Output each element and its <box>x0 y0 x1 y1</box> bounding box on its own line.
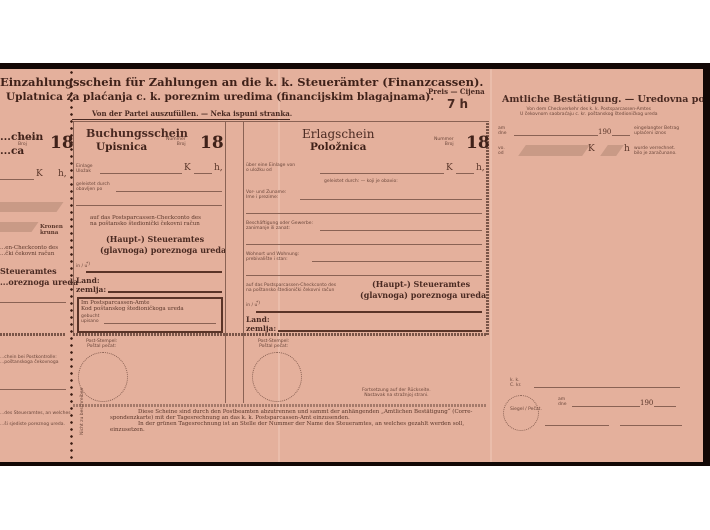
receipt-office-de: (Haupt-) Steueramtes <box>372 279 470 289</box>
booking-paid-by-input[interactable] <box>116 191 222 192</box>
confirm-year2: 190 <box>640 400 653 406</box>
confirmation-title: Amtliche Bestätigung. — Uredovna potvrda… <box>502 94 703 105</box>
receipt-place-input[interactable] <box>256 311 482 313</box>
booking-land-input[interactable] <box>108 291 222 293</box>
postal-office-label: Im Postsparcassen-AmteKod poštanskog šte… <box>81 300 184 312</box>
confirm-year2-input[interactable] <box>654 406 676 407</box>
booked-input[interactable] <box>104 323 216 324</box>
booking-currency-h: h, <box>214 163 223 173</box>
receipt-heller-input[interactable] <box>456 173 474 174</box>
confirm-heller-field[interactable] <box>600 145 624 156</box>
footer-line-3: In der grünen Tagesrechnung ist an Stell… <box>110 421 472 427</box>
receipt-account-text: auf das Postsparcassen-Checkconto desna … <box>246 283 336 293</box>
receipt-deposit-label: über eine Einlage vono uložku od <box>246 163 295 173</box>
receipt-asterisk: *) <box>256 301 260 306</box>
confirm-signature-input-2[interactable] <box>620 425 682 426</box>
receipt-postmark-circle <box>252 352 302 402</box>
confirm-office-input[interactable] <box>534 387 680 388</box>
fold-line-right <box>490 69 492 462</box>
stub-currency-h: h, <box>58 169 67 179</box>
header-underline <box>72 119 290 120</box>
stub-note-2: ...des Steueramtes, an welches <box>0 411 71 416</box>
receipt-name-label: Vor- und Zuname:Ime i prezime: <box>246 190 286 200</box>
stub-office-de: Steueramtes <box>0 266 57 276</box>
stub-currency-k: K <box>36 169 43 179</box>
receipt-title-de: Erlagschein <box>302 127 374 141</box>
confirm-credit-label: wurde verrechnet.bilo je zaračunano. <box>634 146 677 156</box>
footer-instructions: Diese Scheine sind durch den Postbeamten… <box>110 409 472 433</box>
booking-postmark-circle <box>78 352 128 402</box>
confirm-kronen-field[interactable] <box>518 145 590 156</box>
booking-stamp-label: Post-Stempel:Poštal pečat: <box>86 339 117 349</box>
receipt-residence-label: Wohnort und Wohnung:prebivalište i stan: <box>246 252 299 262</box>
booking-asterisk: *) <box>86 262 90 267</box>
confirm-office-label: k. k.C. kr. <box>510 378 521 388</box>
confirm-seal-label: Siegel / Pečat. <box>510 407 542 412</box>
receipt-residence-input-2[interactable] <box>246 275 482 276</box>
confirm-year-input[interactable] <box>612 135 630 136</box>
receipt-title-hr: Položnica <box>310 141 366 153</box>
booking-paid-by-label: geleistet durchobavljen po <box>76 182 110 192</box>
receipt-left-border <box>243 121 244 403</box>
booking-office-de: (Haupt-) Steueramtes <box>106 234 204 244</box>
header-title-de: Einzahlungsschein für Zahlungen an die k… <box>0 75 483 89</box>
stub-kronen-field[interactable] <box>0 222 39 232</box>
stub-amount-line <box>0 179 34 180</box>
booking-land-label: Land:zemlja: <box>76 276 106 294</box>
receipt-name-input[interactable] <box>300 199 482 200</box>
stub-number: 18 <box>50 133 74 153</box>
confirm-date2-input[interactable] <box>572 406 640 407</box>
receipt-number: 18 <box>466 133 490 153</box>
booking-right-border <box>225 121 226 403</box>
stub-kronen-label: Kronenkruna <box>40 224 63 236</box>
stub-line-1 <box>0 302 66 303</box>
stub-note-1: ...chein bei Postkontrolle:...poštanskog… <box>0 355 59 365</box>
receipt-paid-by: geleistet durch: — koji je obavio: <box>324 179 398 184</box>
stub-account-text: ...en-Checkconto des...čki čekovni račun <box>0 245 58 257</box>
receipt-residence-input[interactable] <box>312 261 482 262</box>
stub-office-hr: ...oreznoga ureda <box>0 277 78 287</box>
confirm-from-label: vo.od <box>498 146 505 156</box>
booking-currency-k: K <box>184 163 191 173</box>
receipt-number-label: NummerBroj <box>434 137 454 147</box>
form-top-border <box>73 121 486 122</box>
booking-heller-input[interactable] <box>194 173 212 174</box>
receipt-currency-h: h, <box>476 163 485 173</box>
receipt-land-label: Land:zemlja: <box>246 315 276 333</box>
receipt-continued-note: Fortsetzung auf der Rückseite.Nastavak n… <box>362 388 431 398</box>
confirm-currency-h: h <box>624 144 630 154</box>
booking-office-hr: (glavnoga) poreznoga ureda <box>100 245 226 255</box>
receipt-occupation-input-2[interactable] <box>246 244 482 245</box>
receipt-occupation-input[interactable] <box>320 230 482 231</box>
payment-form-paper: Einzahlungsschein für Zahlungen an die k… <box>0 69 703 462</box>
stub-note-3: ...ši sjediste poreznog ureda. <box>0 422 65 427</box>
price-label: Preis — Cijena <box>428 87 485 96</box>
price-value: 7 h <box>447 97 468 111</box>
receipt-stamp-label: Post-Stempel:Poštal pečat: <box>258 339 289 349</box>
receipt-occupation-label: Beschäftigung oder Gewerbe:zanimanje ili… <box>246 221 313 231</box>
booking-number-label: NummerBroj <box>166 137 186 147</box>
booking-place-input[interactable] <box>86 271 222 273</box>
perforation-right <box>486 121 489 335</box>
booking-amount-input[interactable] <box>100 173 182 174</box>
footer-side-label: Nicht zu beschreiben <box>80 409 85 435</box>
booking-amount-label: EinlageUložak <box>76 164 93 174</box>
receipt-amount-input[interactable] <box>320 173 444 174</box>
booked-label: gebuchtupisano <box>81 314 99 324</box>
booking-number: 18 <box>200 133 224 153</box>
party-fill-note: Von der Partei auszufüllen. — Neka ispun… <box>92 109 292 118</box>
receipt-office-hr: (glavnoga) poreznoga ureda <box>360 290 486 300</box>
receipt-name-input-2[interactable] <box>246 213 482 214</box>
confirm-date-input[interactable] <box>514 135 598 136</box>
booking-left-border <box>73 121 74 335</box>
confirm-paid-amount-label: eingelangter Betraguplaćeni iznos <box>634 126 679 136</box>
form-perf-divider <box>73 333 486 336</box>
footer-line-4: einzusetzen. <box>110 427 472 433</box>
stub-line-2 <box>0 389 66 390</box>
receipt-land-input[interactable] <box>278 330 482 332</box>
stub-number-label: NummerBroj <box>18 137 38 147</box>
confirm-signature-input-1[interactable] <box>545 425 609 426</box>
receipt-currency-k: K <box>446 163 453 173</box>
booking-title-hr: Upisnica <box>96 141 147 153</box>
stub-amount-field[interactable] <box>0 202 64 212</box>
stub-perf-h <box>0 333 66 336</box>
booking-account-text: auf das Postsparcassen-Checkconto desna … <box>90 215 201 227</box>
confirmation-subtitle: Von dem Checkverkehr des k. k. Postsparc… <box>520 107 658 117</box>
footer-divider <box>73 404 486 407</box>
confirm-seal-circle <box>503 395 539 431</box>
confirm-date-label: amdne <box>498 126 506 136</box>
header-title-hr: Uplatnica za plaćanja c. k. poreznim ure… <box>6 91 434 103</box>
booking-paid-by-input-2[interactable] <box>76 205 222 206</box>
confirm-date2-label: amdne <box>558 397 566 407</box>
confirm-year: 190 <box>598 129 611 135</box>
confirm-currency-k: K <box>588 144 595 154</box>
